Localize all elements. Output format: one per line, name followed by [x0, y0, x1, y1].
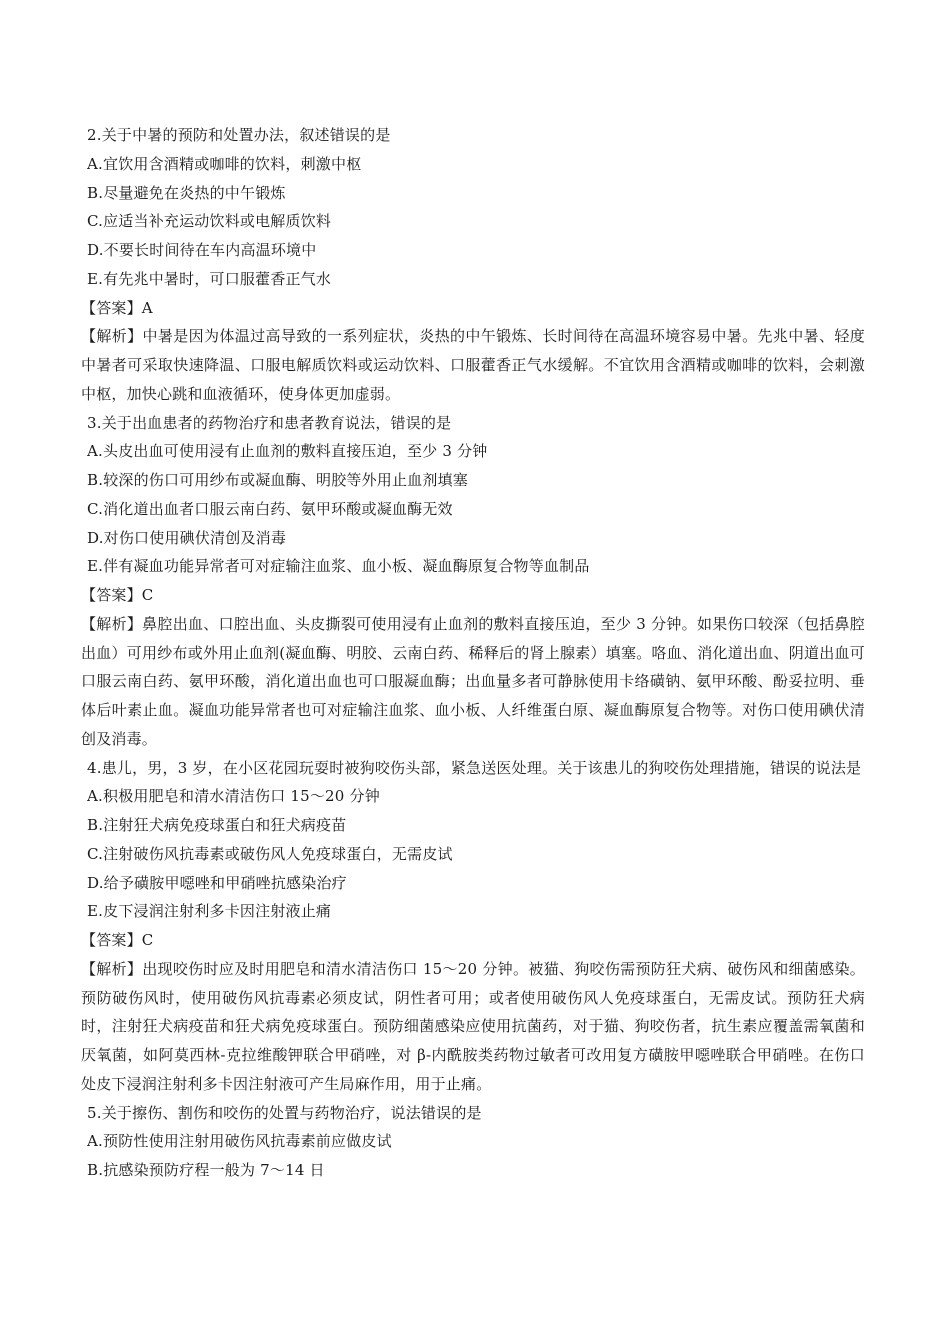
option-a: A.宜饮用含酒精或咖啡的饮料，刺激中枢 — [87, 150, 865, 179]
option-a: A.积极用肥皂和清水清洁伤口 15～20 分钟 — [87, 782, 865, 811]
question-stem: 4.患儿，男，3 岁，在小区花园玩耍时被狗咬伤头部，紧急送医处理。关于该患儿的狗… — [87, 754, 865, 783]
option-b: B.抗感染预防疗程一般为 7～14 日 — [87, 1156, 865, 1185]
answer: 【答案】C — [81, 581, 865, 610]
option-a: A.预防性使用注射用破伤风抗毒素前应做皮试 — [87, 1127, 865, 1156]
document-page: 2.关于中暑的预防和处置办法，叙述错误的是 A.宜饮用含酒精或咖啡的饮料，刺激中… — [87, 121, 865, 1185]
question-stem: 5.关于擦伤、割伤和咬伤的处置与药物治疗，说法错误的是 — [87, 1099, 865, 1128]
analysis: 【解析】中暑是因为体温过高导致的一系列症状，炎热的中午锻炼、长时间待在高温环境容… — [81, 322, 865, 408]
question-4: 4.患儿，男，3 岁，在小区花园玩耍时被狗咬伤头部，紧急送医处理。关于该患儿的狗… — [87, 754, 865, 1099]
question-stem: 3.关于出血患者的药物治疗和患者教育说法，错误的是 — [87, 409, 865, 438]
option-c: C.消化道出血者口服云南白药、氨甲环酸或凝血酶无效 — [87, 495, 865, 524]
option-c: C.应适当补充运动饮料或电解质饮料 — [87, 207, 865, 236]
answer: 【答案】C — [81, 926, 865, 955]
option-b: B.注射狂犬病免疫球蛋白和狂犬病疫苗 — [87, 811, 865, 840]
option-b: B.较深的伤口可用纱布或凝血酶、明胶等外用止血剂填塞 — [87, 466, 865, 495]
option-e: E.皮下浸润注射利多卡因注射液止痛 — [87, 897, 865, 926]
question-3: 3.关于出血患者的药物治疗和患者教育说法，错误的是 A.头皮出血可使用浸有止血剂… — [87, 409, 865, 754]
option-e: E.有先兆中暑时，可口服藿香正气水 — [87, 265, 865, 294]
option-d: D.不要长时间待在车内高温环境中 — [87, 236, 865, 265]
option-b: B.尽量避免在炎热的中午锻炼 — [87, 179, 865, 208]
option-d: D.给予磺胺甲噁唑和甲硝唑抗感染治疗 — [87, 869, 865, 898]
answer: 【答案】A — [81, 294, 865, 323]
option-c: C.注射破伤风抗毒素或破伤风人免疫球蛋白，无需皮试 — [87, 840, 865, 869]
question-2: 2.关于中暑的预防和处置办法，叙述错误的是 A.宜饮用含酒精或咖啡的饮料，刺激中… — [87, 121, 865, 409]
option-d: D.对伤口使用碘伏清创及消毒 — [87, 524, 865, 553]
analysis: 【解析】出现咬伤时应及时用肥皂和清水清洁伤口 15～20 分钟。被猫、狗咬伤需预… — [81, 955, 865, 1099]
option-e: E.伴有凝血功能异常者可对症输注血浆、血小板、凝血酶原复合物等血制品 — [87, 552, 865, 581]
question-stem: 2.关于中暑的预防和处置办法，叙述错误的是 — [87, 121, 865, 150]
question-5: 5.关于擦伤、割伤和咬伤的处置与药物治疗，说法错误的是 A.预防性使用注射用破伤… — [87, 1099, 865, 1185]
analysis: 【解析】鼻腔出血、口腔出血、头皮撕裂可使用浸有止血剂的敷料直接压迫，至少 3 分… — [81, 610, 865, 754]
option-a: A.头皮出血可使用浸有止血剂的敷料直接压迫，至少 3 分钟 — [87, 437, 865, 466]
